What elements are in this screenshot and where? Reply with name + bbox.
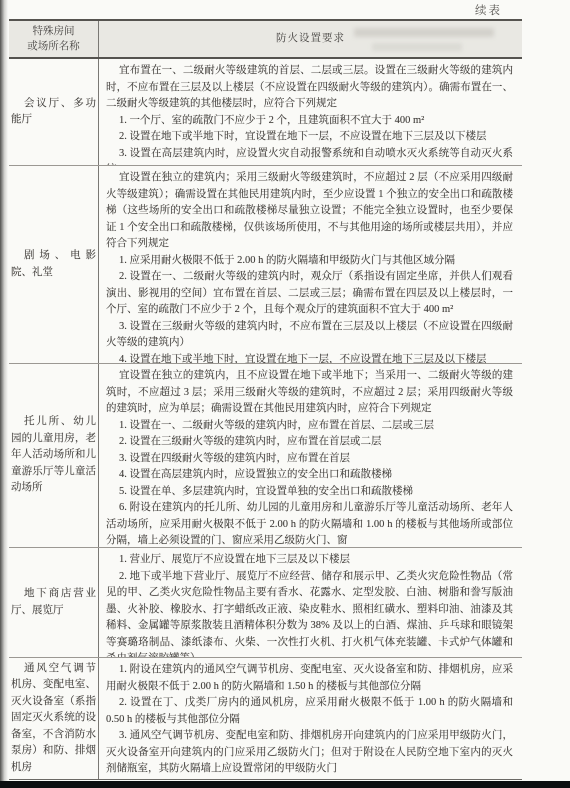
column-header-requirements-label: 防火设置要求: [276, 31, 345, 48]
room-name: 通风空气调节机房、变配电室、灭火设备室（系指固定灭火系统的设备室，不含消防水泵房…: [11, 661, 96, 777]
requirement-paragraph: 3. 设置在高层建筑内时，应设置火灾自动报警系统和自动喷水灭火系统等自动灭火系统: [106, 146, 513, 166]
requirement-paragraph: 宜设置在独立的建筑内；采用三级耐火等级建筑时，不应超过 2 层（不应采用四级耐火…: [106, 170, 513, 253]
fire-requirements-table: 特殊房间 或场所名称 防火设置要求 会议厅、多功能厅宜布置在一、二级耐火等级建筑…: [9, 19, 522, 780]
room-name: 会议厅、多功能厅: [11, 96, 96, 129]
requirement-paragraph: 1. 应采用耐火极限不低于 2.00 h 的防火隔墙和甲级防火门与其他区域分隔: [106, 253, 513, 270]
requirement-paragraph: 4. 设置在高层建筑内时，应设置独立的安全出口和疏散楼梯: [106, 467, 513, 484]
requirements-cell: 宜布置在一、二级耐火等级建筑的首层、二层或三层。设置在三级耐火等级的建筑内时，不…: [99, 59, 522, 165]
requirement-paragraph: 3. 设置在三级耐火等级的建筑内时，不应布置在三层及以上楼层（不应设置在四级耐火…: [106, 319, 513, 352]
room-name: 地下商店营业厅、展览厅: [11, 586, 96, 619]
column-header-room-name: 特殊房间 或场所名称: [9, 21, 99, 57]
column-header-requirements: 防火设置要求: [99, 21, 522, 57]
requirement-paragraph: 2. 设置在三级耐火等级的建筑内时，应布置在首层或二层: [106, 434, 513, 451]
column-header-room-name-line1: 特殊房间: [9, 24, 98, 39]
room-name: 剧场、电影院、礼堂: [11, 248, 96, 281]
room-name-cell: 剧场、电影院、礼堂: [9, 166, 99, 363]
room-name: 托儿所、幼儿园的儿童用房，老年人活动场所和儿童游乐厅等儿童活动场所: [11, 414, 96, 497]
requirement-paragraph: 3. 设置在四级耐火等级的建筑内时，应布置在首层: [106, 451, 513, 468]
table-row: 通风空气调节机房、变配电室、灭火设备室（系指固定灭火系统的设备室，不含消防水泵房…: [9, 657, 522, 779]
requirement-paragraph: 5. 设置在单、多层建筑内时，宜设置单独的安全出口和疏散楼梯: [106, 484, 513, 501]
requirement-paragraph: 2. 设置在地下或半地下时，宜设置在地下一层，不应设置在地下三层及以下楼层: [106, 129, 513, 146]
table-header-row: 特殊房间 或场所名称 防火设置要求: [9, 21, 522, 59]
table-row: 会议厅、多功能厅宜布置在一、二级耐火等级建筑的首层、二层或三层。设置在三级耐火等…: [9, 59, 522, 165]
column-header-room-name-line2: 或场所名称: [9, 39, 98, 54]
room-name-cell: 托儿所、幼儿园的儿童用房，老年人活动场所和儿童游乐厅等儿童活动场所: [9, 364, 99, 547]
requirement-paragraph: 4. 设置在地下或半地下时，宜设置在地下一层，不应设置在地下三层及以下楼层: [106, 352, 513, 364]
table-row: 地下商店营业厅、展览厅1. 营业厅、展览厅不应设置在地下三层及以下楼层2. 地下…: [9, 547, 522, 657]
requirement-paragraph: 2. 地下或半地下营业厅、展览厅不应经营、储存和展示甲、乙类火灾危险性物品（常见…: [106, 569, 513, 658]
requirement-paragraph: 1. 营业厅、展览厅不应设置在地下三层及以下楼层: [106, 552, 513, 569]
requirement-paragraph: 宜设置在独立的建筑内，且不应设置在地下或半地下；当采用一、二级耐火等级的建筑时，…: [106, 368, 513, 418]
scan-bottom-bar: [0, 781, 570, 788]
requirements-cell: 1. 附设在建筑内的通风空气调节机房、变配电室、灭火设备室和防、排烟机房，应采用…: [99, 658, 522, 779]
table-body: 会议厅、多功能厅宜布置在一、二级耐火等级建筑的首层、二层或三层。设置在三级耐火等…: [9, 59, 522, 779]
requirement-paragraph: 1. 附设在建筑内的通风空气调节机房、变配电室、灭火设备室和防、排烟机房，应采用…: [106, 662, 513, 695]
continued-table-label: 续表: [475, 2, 502, 18]
scan-edge-shadow: [0, 0, 8, 788]
requirement-paragraph: 1. 一个厅、室的疏散门不应少于 2 个，且建筑面积不宜大于 400 m²: [106, 113, 513, 130]
room-name-cell: 会议厅、多功能厅: [9, 59, 99, 165]
requirements-cell: 宜设置在独立的建筑内，且不应设置在地下或半地下；当采用一、二级耐火等级的建筑时，…: [99, 364, 522, 547]
requirement-paragraph: 1. 设置在一、二级耐火等级的建筑内时，应布置在首层、二层或三层: [106, 418, 513, 435]
requirement-paragraph: 宜布置在一、二级耐火等级建筑的首层、二层或三层。设置在三级耐火等级的建筑内时，不…: [106, 63, 513, 113]
requirement-paragraph: 3. 通风空气调节机房、变配电室和防、排烟机房开向建筑内的门应采用甲级防火门，灭…: [106, 728, 513, 778]
requirement-paragraph: 2. 设置在一、二级耐火等级的建筑内时，观众厅（系指设有固定坐席，并供人们观看演…: [106, 269, 513, 319]
table-row: 托儿所、幼儿园的儿童用房，老年人活动场所和儿童游乐厅等儿童活动场所宜设置在独立的…: [9, 363, 522, 547]
requirement-paragraph: 2. 设置在丁、戊类厂房内的通风机房，应采用耐火极限不低于 1.00 h 的防火…: [106, 695, 513, 728]
requirements-cell: 宜设置在独立的建筑内；采用三级耐火等级建筑时，不应超过 2 层（不应采用四级耐火…: [99, 166, 522, 363]
room-name-cell: 地下商店营业厅、展览厅: [9, 548, 99, 657]
table-row: 剧场、电影院、礼堂宜设置在独立的建筑内；采用三级耐火等级建筑时，不应超过 2 层…: [9, 165, 522, 363]
requirement-paragraph: 6. 附设在建筑内的托儿所、幼儿园的儿童用房和儿童游乐厅等儿童活动场所、老年人活…: [106, 500, 513, 547]
requirements-cell: 1. 营业厅、展览厅不应设置在地下三层及以下楼层2. 地下或半地下营业厅、展览厅…: [99, 548, 522, 657]
room-name-cell: 通风空气调节机房、变配电室、灭火设备室（系指固定灭火系统的设备室，不含消防水泵房…: [9, 658, 99, 779]
